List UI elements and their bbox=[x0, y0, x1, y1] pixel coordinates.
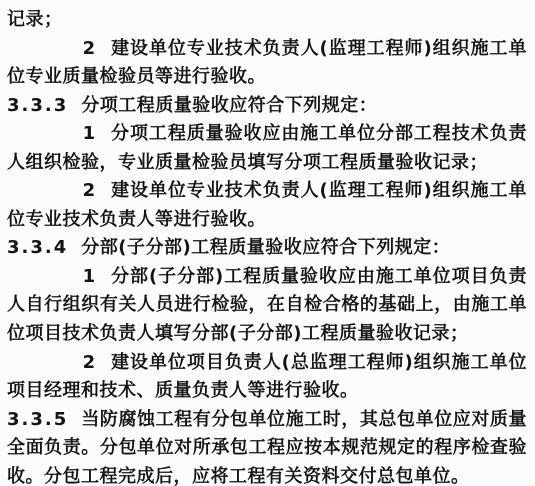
document-page: 记录； 2建设单位专业技术负责人(监理工程师)组织施工单位专业质量检验员等进行验… bbox=[0, 0, 535, 486]
item-1-of-clause-3-3-4: 1分部(子分部)工程质量验收应由施工单位项目负责人自行组织有关人员进行检验，在自… bbox=[7, 263, 527, 349]
clause-text: 当防腐蚀工程有分包单位施工时，其总包单位应对质量全面负责。分包单位对所承包工程应… bbox=[7, 409, 527, 486]
clause-number: 3.3.4 bbox=[7, 234, 68, 263]
item-1-of-clause-3-3-3: 1分项工程质量验收应由施工单位分部工程技术负责人组织检验，专业质量检验员填写分项… bbox=[7, 120, 527, 177]
item-number: 1 bbox=[45, 120, 96, 149]
clause-text: 分部(子分部)工程质量验收应符合下列规定： bbox=[81, 237, 450, 258]
clause-number: 3.3.3 bbox=[7, 92, 68, 121]
item-number: 1 bbox=[45, 263, 96, 292]
item-2-of-clause-3-3-2: 2建设单位专业技术负责人(监理工程师)组织施工单位专业质量检验员等进行验收。 bbox=[7, 35, 527, 92]
clause-number: 3.3.5 bbox=[7, 406, 68, 435]
paragraph-continuation-jilu: 记录； bbox=[7, 6, 527, 35]
item-number: 2 bbox=[45, 177, 96, 206]
clause-3-3-4: 3.3.4分部(子分部)工程质量验收应符合下列规定： bbox=[7, 234, 527, 263]
clause-3-3-3: 3.3.3分项工程质量验收应符合下列规定： bbox=[7, 92, 527, 121]
item-2-of-clause-3-3-4: 2建设单位项目负责人(总监理工程师)组织施工单位项目经理和技术、质量负责人等进行… bbox=[7, 349, 527, 406]
item-number: 2 bbox=[45, 349, 96, 378]
item-2-of-clause-3-3-3: 2建设单位专业技术负责人(监理工程师)组织施工单位专业技术负责人等进行验收。 bbox=[7, 177, 527, 234]
clause-text: 分项工程质量验收应符合下列规定： bbox=[81, 95, 377, 116]
item-number: 2 bbox=[45, 35, 96, 64]
clause-3-3-5: 3.3.5当防腐蚀工程有分包单位施工时，其总包单位应对质量全面负责。分包单位对所… bbox=[7, 406, 527, 486]
paragraph-text: 记录； bbox=[7, 9, 63, 30]
